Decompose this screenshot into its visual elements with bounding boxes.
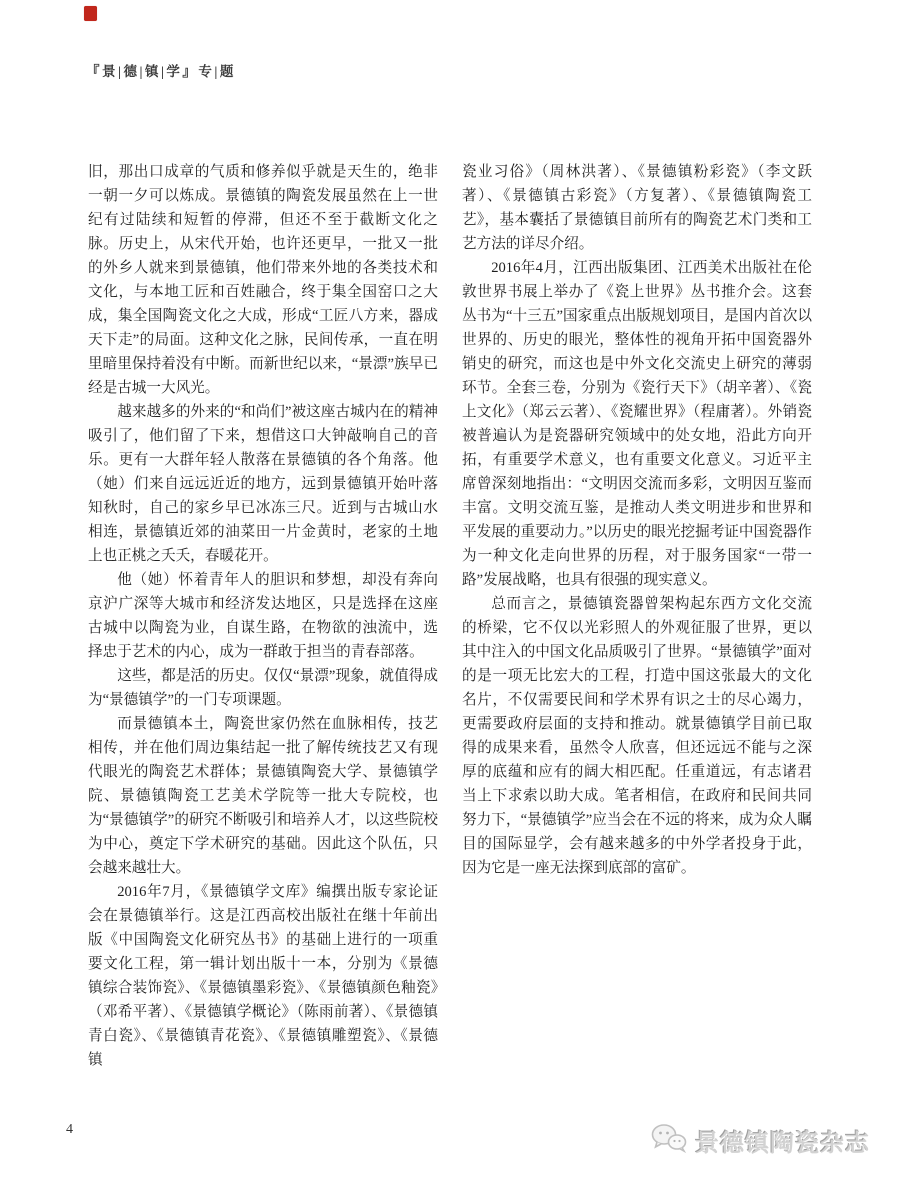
- paragraph: 他（她）怀着青年人的胆识和梦想，却没有奔向京沪广深等大城市和经济发达地区，只是选…: [88, 568, 438, 664]
- paragraph: 2016年7月，《景德镇学文库》编撰出版专家论证会在景德镇举行。这是江西高校出版…: [88, 880, 438, 1072]
- paragraph: 而景德镇本土，陶瓷世家仍然在血脉相传，技艺相传，并在他们周边集结起一批了解传统技…: [88, 712, 438, 880]
- paragraph: 总而言之，景德镇瓷器曾架构起东西方文化交流的桥梁，它不仅以光彩照人的外观征服了世…: [462, 592, 812, 880]
- text-column-left: 旧，那出口成章的气质和修养似乎就是天生的，绝非一朝一夕可以炼成。景德镇的陶瓷发展…: [88, 160, 438, 1072]
- page-number: 4: [66, 1122, 73, 1138]
- paragraph: 旧，那出口成章的气质和修养似乎就是天生的，绝非一朝一夕可以炼成。景德镇的陶瓷发展…: [88, 160, 438, 400]
- watermark-text: 景德镇陶瓷杂志: [695, 1123, 870, 1158]
- text-column-right: 瓷业习俗》（周林洪著）、《景德镇粉彩瓷》（李文跃著）、《景德镇古彩瓷》（方复著）…: [462, 160, 812, 880]
- paragraph: 越来越多的外来的“和尚们”被这座古城内在的精神吸引了，他们留了下来，想借这口大钟…: [88, 400, 438, 568]
- wechat-icon: [650, 1122, 688, 1159]
- magazine-page: 『景|德|镇|学』专|题 旧，那出口成章的气质和修养似乎就是天生的，绝非一朝一夕…: [0, 0, 900, 1188]
- paragraph: 瓷业习俗》（周林洪著）、《景德镇粉彩瓷》（李文跃著）、《景德镇古彩瓷》（方复著）…: [462, 160, 812, 256]
- journal-mark-icon: [84, 6, 97, 21]
- journal-watermark: 景德镇陶瓷杂志: [650, 1122, 870, 1159]
- paragraph: 2016年4月，江西出版集团、江西美术出版社在伦敦世界书展上举办了《瓷上世界》丛…: [462, 256, 812, 592]
- paragraph: 这些，都是活的历史。仅仅“景漂”现象，就值得成为“景德镇学”的一门专项课题。: [88, 664, 438, 712]
- section-header: 『景|德|镇|学』专|题: [86, 60, 236, 80]
- section-title: 『景|德|镇|学』专|题: [86, 64, 236, 79]
